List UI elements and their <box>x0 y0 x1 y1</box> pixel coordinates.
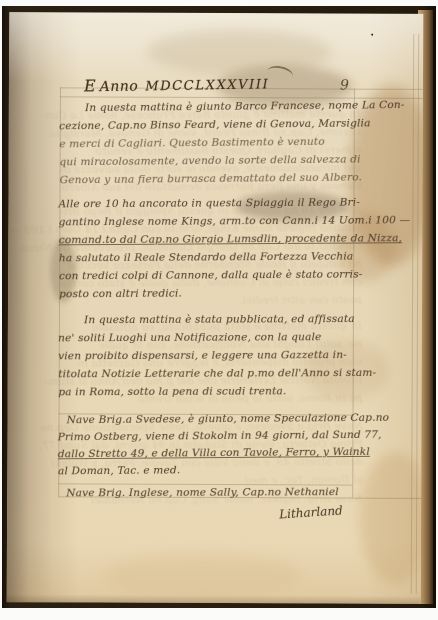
text-line: gantino Inglese nome Kings, arm.to con C… <box>59 214 359 234</box>
book-binding-frame: EAnnoMDCCLXXXVIII 9 In questa mattina è … <box>2 6 436 608</box>
text-line: ne' soliti Luoghi una Notificazione, con… <box>58 331 358 350</box>
text-line: ha salutato il Reale Stendardo della For… <box>59 250 359 270</box>
text-line: con tredici colpi di Cannone, dalla qual… <box>59 268 359 288</box>
header-year: MDCCLXXXVIII <box>145 77 269 94</box>
text-line: titolata Notizie Letterarie che dal p.mo… <box>58 367 358 386</box>
stain <box>147 29 332 76</box>
entry-paragraph: In questa mattina è stata pubblicata, ed… <box>58 313 358 404</box>
header-anno: Anno <box>100 78 139 95</box>
entry-paragraph: In questa mattina è giunto Barco Frances… <box>59 99 360 192</box>
text-line: Genova y una fiera burrasca demattato de… <box>60 171 360 192</box>
text-line: Nave Brig. Inglese, nome Sally, Cap.no N… <box>57 486 357 505</box>
text-line: al Doman, Tac. e med. <box>58 463 358 482</box>
text-line: vien proibito dispensarsi, e leggere una… <box>58 349 358 368</box>
stain <box>359 452 423 584</box>
ink-fleck <box>371 34 373 36</box>
entry-paragraph: Nave Brig. Inglese, nome Sally, Cap.no N… <box>57 486 357 505</box>
entry-paragraph: Alle ore 10 ha ancorato in questa Spiagg… <box>58 196 359 306</box>
manuscript-scan: EAnnoMDCCLXXXVIII 9 In questa mattina è … <box>0 0 438 620</box>
text-line: posto con altri tredici. <box>59 286 359 306</box>
page-number: 9 <box>340 78 349 94</box>
text-line: pa in Roma, sotto la pena di scudi trent… <box>58 385 358 404</box>
header-flourish: E <box>84 76 96 95</box>
entry-paragraph: Nave Brig.a Svedese, è giunto, nome Spec… <box>58 412 359 482</box>
page-header: EAnnoMDCCLXXXVIII <box>84 73 270 95</box>
manuscript-page: EAnnoMDCCLXXXVIII 9 In questa mattina è … <box>7 12 424 604</box>
text-line: comand.to dal Cap.no Giorgio Lumsdlin, p… <box>59 232 359 252</box>
text-line: Alle ore 10 ha ancorato in questa Spiagg… <box>58 196 358 216</box>
text-line: In questa mattina è stata pubblicata, ed… <box>58 313 358 332</box>
